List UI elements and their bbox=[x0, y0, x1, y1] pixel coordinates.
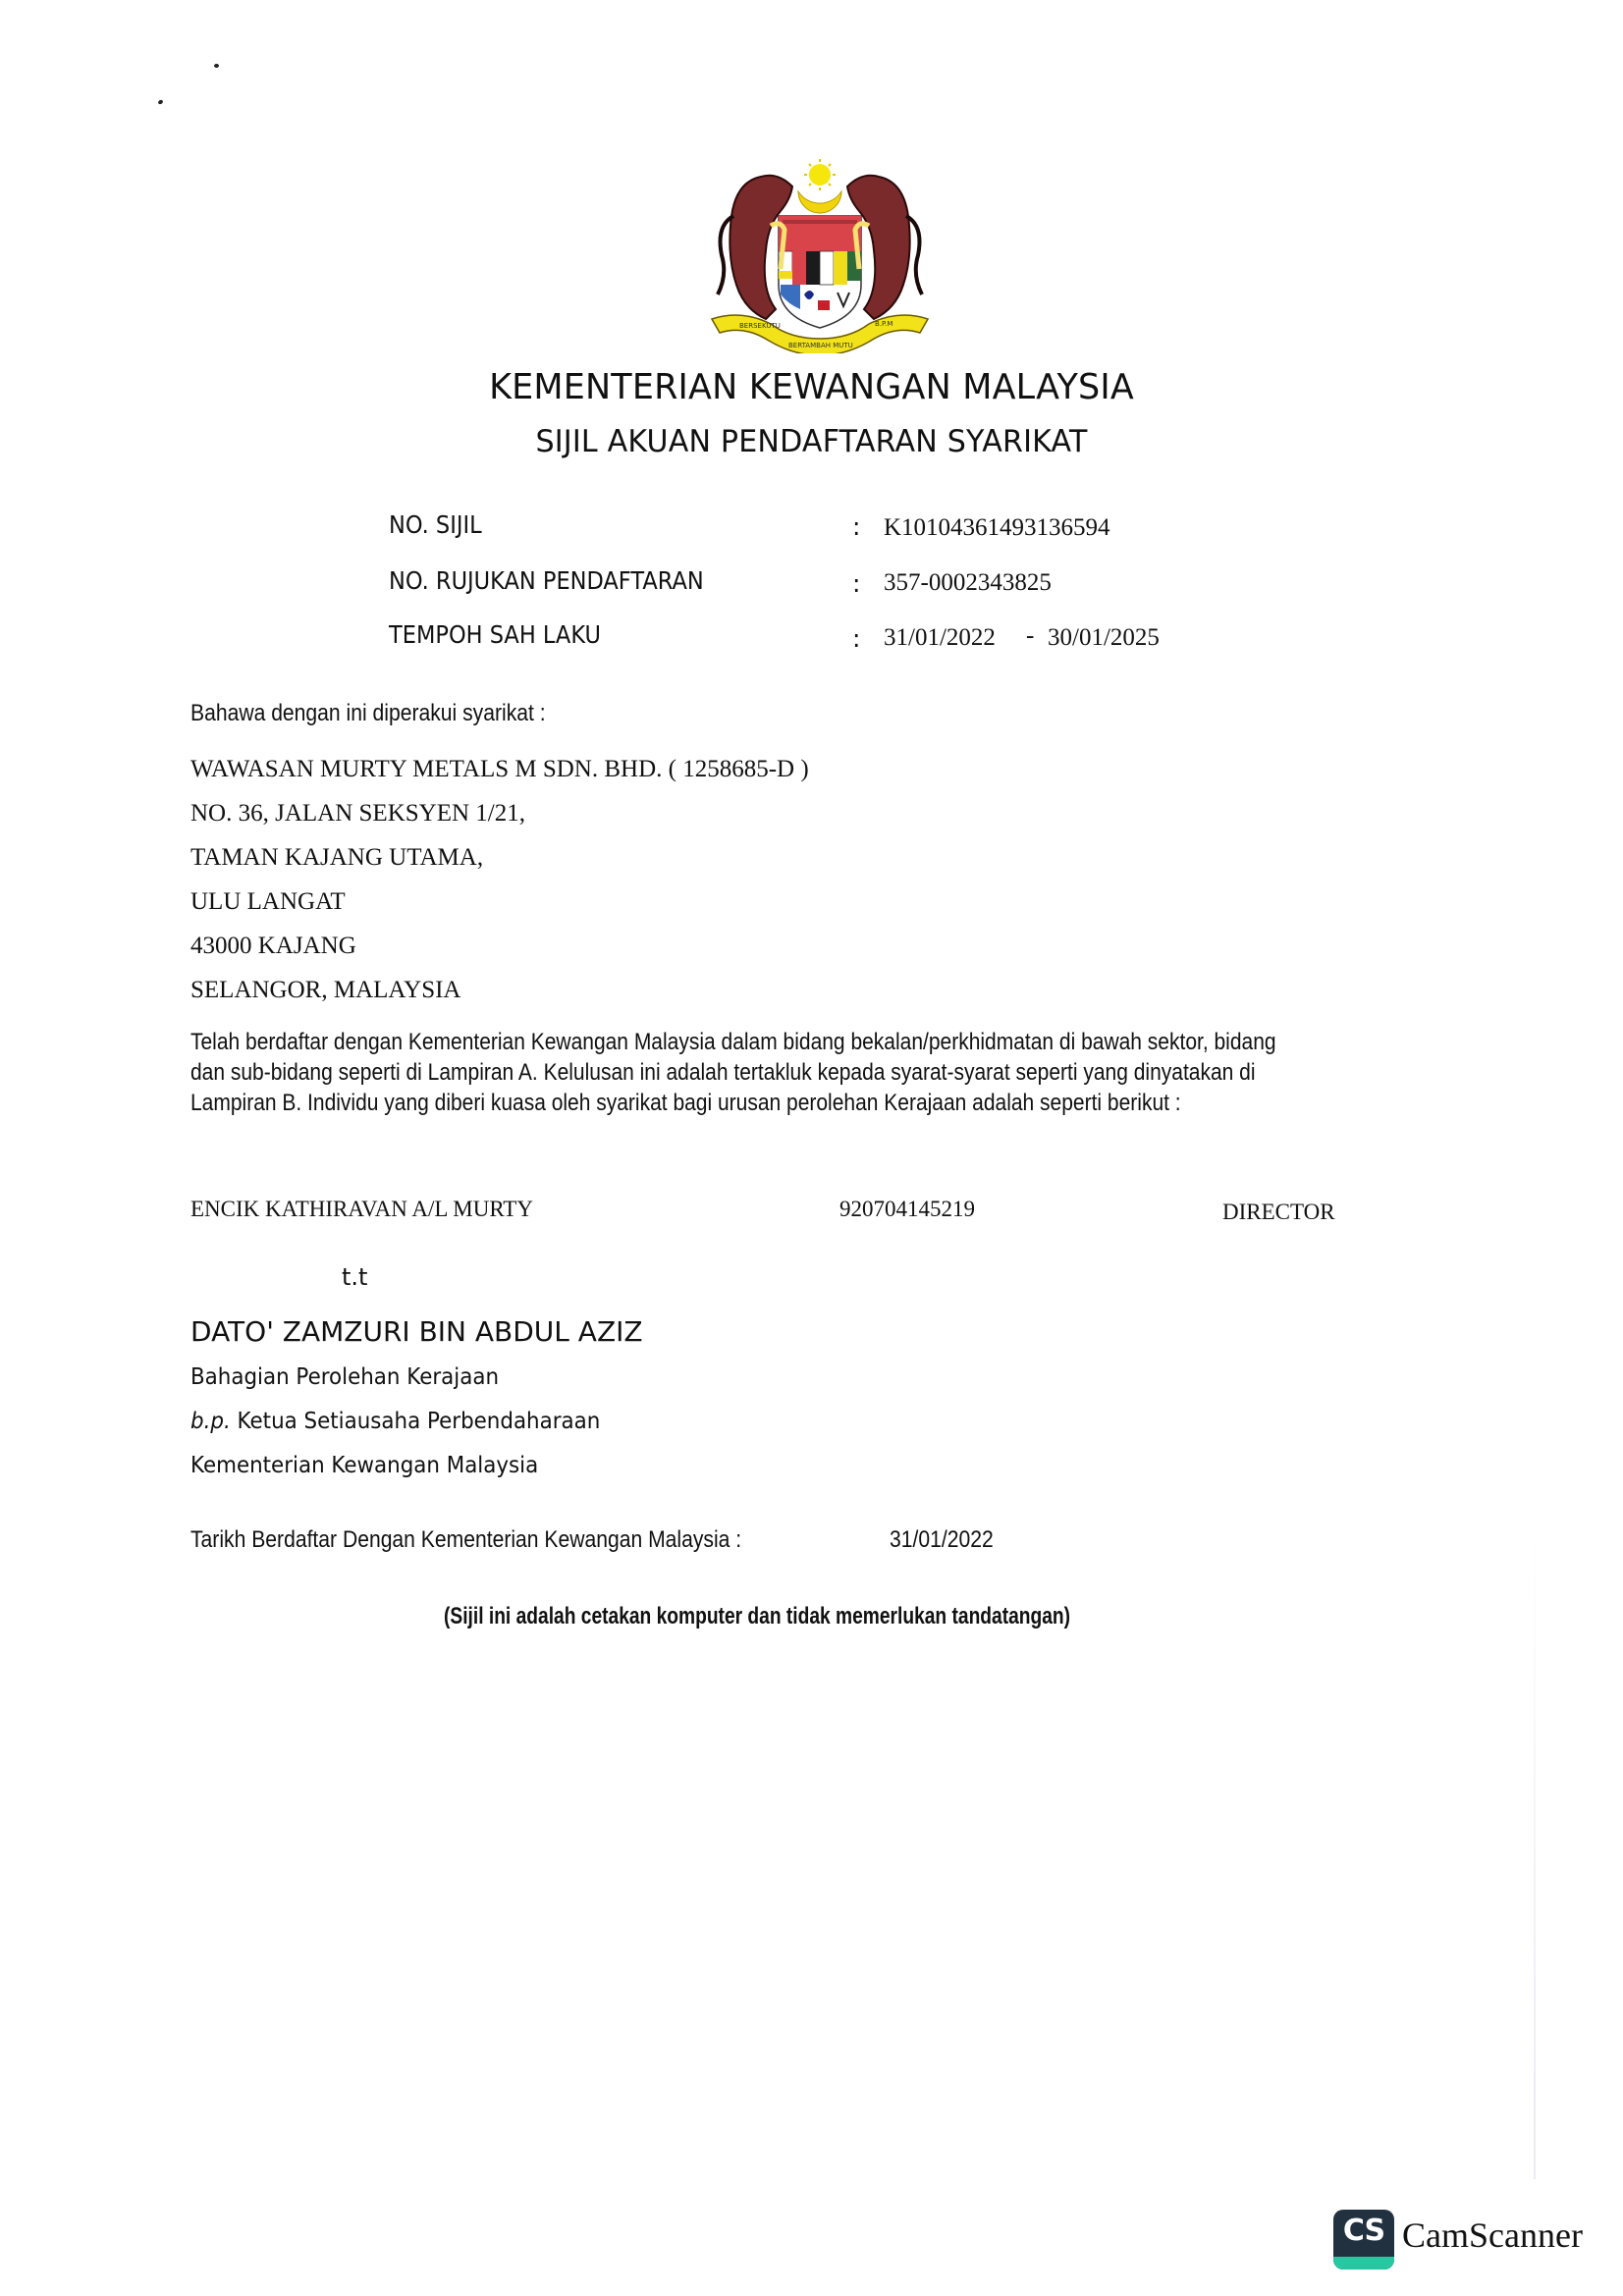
ministry-title: KEMENTERIAN KEWANGAN MALAYSIA bbox=[25, 367, 1598, 407]
address-line: TAMAN KAJANG UTAMA, bbox=[190, 844, 483, 872]
company-name: WAWASAN MURTY METALS M SDN. BHD. ( 12586… bbox=[190, 756, 809, 783]
certificate-no-value: K10104361493136594 bbox=[884, 514, 1110, 542]
computer-generated-note: (Sijil ini adalah cetakan komputer dan t… bbox=[444, 1603, 1070, 1630]
signatory-on-behalf: b.p. Ketua Setiausaha Perbendaharaan bbox=[190, 1409, 600, 1434]
svg-text:BERTAMBAH MUTU: BERTAMBAH MUTU bbox=[788, 342, 853, 349]
address-line: SELANGOR, MALAYSIA bbox=[190, 977, 461, 1004]
address-line: NO. 36, JALAN SEKSYEN 1/21, bbox=[190, 800, 525, 828]
camscanner-badge-stripe bbox=[1333, 2257, 1394, 2269]
validity-from: 31/01/2022 bbox=[884, 624, 996, 652]
authorized-person-ic: 920704145219 bbox=[839, 1197, 975, 1222]
address-line: 43000 KAJANG bbox=[190, 933, 356, 960]
bp-prefix: b.p. bbox=[190, 1409, 231, 1434]
certificate-title: SIJIL AKUAN PENDAFTARAN SYARIKAT bbox=[25, 424, 1598, 459]
signatory-name: DATO' ZAMZURI BIN ABDUL AZIZ bbox=[190, 1315, 643, 1348]
signatory-ministry: Kementerian Kewangan Malaysia bbox=[190, 1453, 538, 1478]
certificate-no-label: NO. SIJIL bbox=[389, 510, 482, 539]
on-behalf-of: Ketua Setiausaha Perbendaharaan bbox=[238, 1409, 601, 1434]
authorized-person-position: DIRECTOR bbox=[1222, 1200, 1335, 1225]
scan-speck bbox=[214, 64, 219, 68]
colon: : bbox=[852, 624, 860, 653]
statement-line: Lampiran B. Individu yang diberi kuasa o… bbox=[190, 1088, 1462, 1118]
camscanner-wordmark: CamScanner bbox=[1402, 2215, 1583, 2256]
registration-date-value: 31/01/2022 bbox=[890, 1526, 994, 1554]
signed-marker: t.t bbox=[342, 1263, 367, 1291]
validity-separator: - bbox=[1026, 622, 1034, 650]
malaysia-coat-of-arms-icon: BERSEKUTU B.P.M BERTAMBAH MUTU bbox=[702, 147, 938, 353]
registration-ref-value: 357-0002343825 bbox=[884, 569, 1052, 597]
address-line: ULU LANGAT bbox=[190, 888, 346, 916]
statement-line: dan sub-bidang seperti di Lampiran A. Ke… bbox=[190, 1057, 1462, 1088]
colon: : bbox=[852, 512, 860, 541]
registration-statement: Telah berdaftar dengan Kementerian Kewan… bbox=[190, 1027, 1462, 1118]
svg-text:B.P.M: B.P.M bbox=[875, 320, 893, 328]
statement-line: Telah berdaftar dengan Kementerian Kewan… bbox=[190, 1027, 1462, 1057]
scan-page-edge bbox=[1534, 1531, 1536, 2179]
svg-text:BERSEKUTU: BERSEKUTU bbox=[739, 322, 781, 330]
validity-label: TEMPOH SAH LAKU bbox=[389, 620, 601, 649]
signatory-division: Bahagian Perolehan Kerajaan bbox=[190, 1364, 499, 1390]
certificate-page: BERSEKUTU B.P.M BERTAMBAH MUTU KEMENTERI… bbox=[0, 0, 1623, 2296]
validity-to: 30/01/2025 bbox=[1048, 624, 1160, 652]
camscanner-badge-text: CS bbox=[1333, 2214, 1394, 2248]
scan-speck bbox=[157, 99, 163, 105]
authorized-person-name: ENCIK KATHIRAVAN A/L MURTY bbox=[190, 1197, 533, 1222]
camscanner-logo-icon: CS bbox=[1333, 2210, 1394, 2269]
colon: : bbox=[852, 569, 860, 598]
registration-date-label: Tarikh Berdaftar Dengan Kementerian Kewa… bbox=[190, 1526, 741, 1554]
intro-text: Bahawa dengan ini diperakui syarikat : bbox=[190, 700, 546, 727]
registration-ref-label: NO. RUJUKAN PENDAFTARAN bbox=[389, 566, 704, 595]
